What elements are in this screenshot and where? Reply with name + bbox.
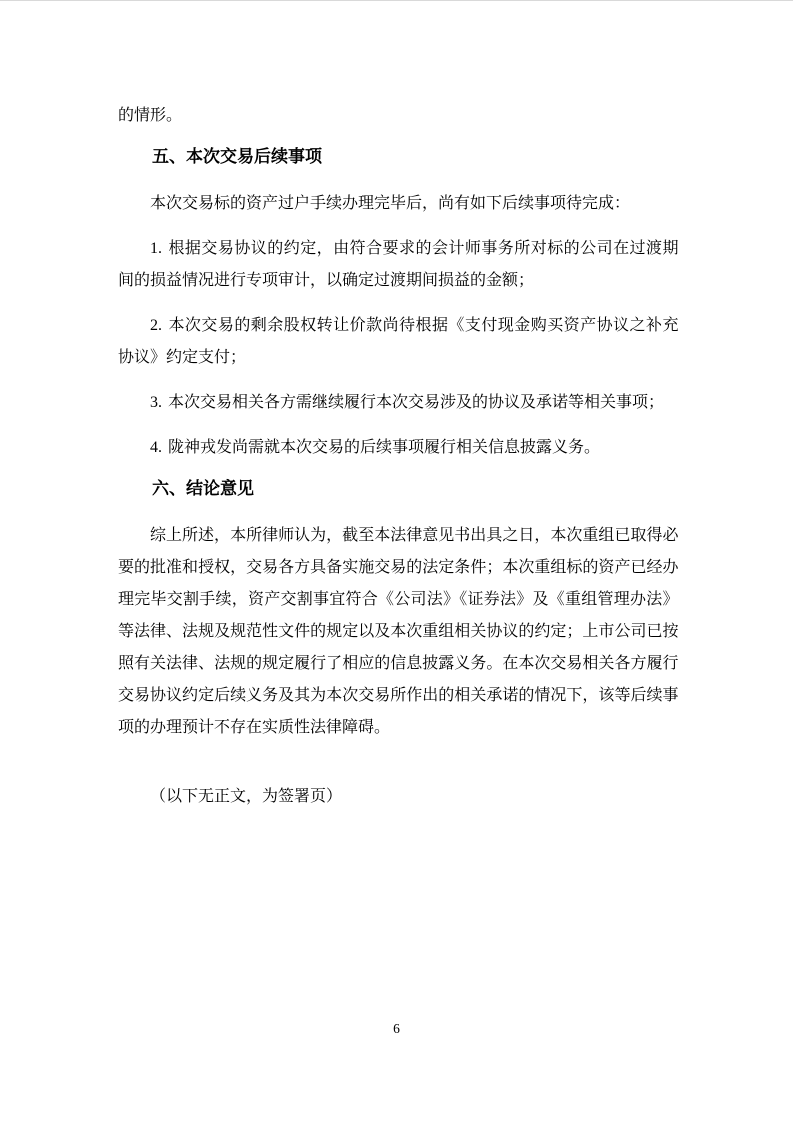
document-page: 的情形。 五、本次交易后续事项 本次交易标的资产过户手续办理完毕后，尚有如下后续… bbox=[0, 0, 793, 1122]
section-5-item-1: 1. 根据交易协议的约定，由符合要求的会计师事务所对标的公司在过渡期间的损益情况… bbox=[118, 233, 679, 297]
closing-note: （以下无正文，为签署页） bbox=[118, 781, 679, 813]
section-5-item-2: 2. 本次交易的剩余股权转让价款尚待根据《支付现金购买资产协议之补充协议》约定支… bbox=[118, 310, 679, 374]
section-6-conclusion-paragraph: 综上所述，本所律师认为，截至本法律意见书出具之日，本次重组已取得必要的批准和授权… bbox=[118, 520, 679, 744]
section-5-intro-paragraph: 本次交易标的资产过户手续办理完毕后，尚有如下后续事项待完成： bbox=[118, 188, 679, 220]
continuation-paragraph: 的情形。 bbox=[118, 100, 679, 132]
section-5-item-4: 4. 陇神戎发尚需就本次交易的后续事项履行相关信息披露义务。 bbox=[118, 432, 679, 464]
section-6-heading: 六、结论意见 bbox=[118, 477, 679, 501]
section-5-heading: 五、本次交易后续事项 bbox=[118, 145, 679, 169]
section-5-item-3: 3. 本次交易相关各方需继续履行本次交易涉及的协议及承诺等相关事项； bbox=[118, 387, 679, 419]
page-footer: 6 bbox=[0, 1020, 793, 1038]
document-body: 的情形。 五、本次交易后续事项 本次交易标的资产过户手续办理完毕后，尚有如下后续… bbox=[118, 100, 679, 826]
page-number: 6 bbox=[393, 1021, 400, 1036]
